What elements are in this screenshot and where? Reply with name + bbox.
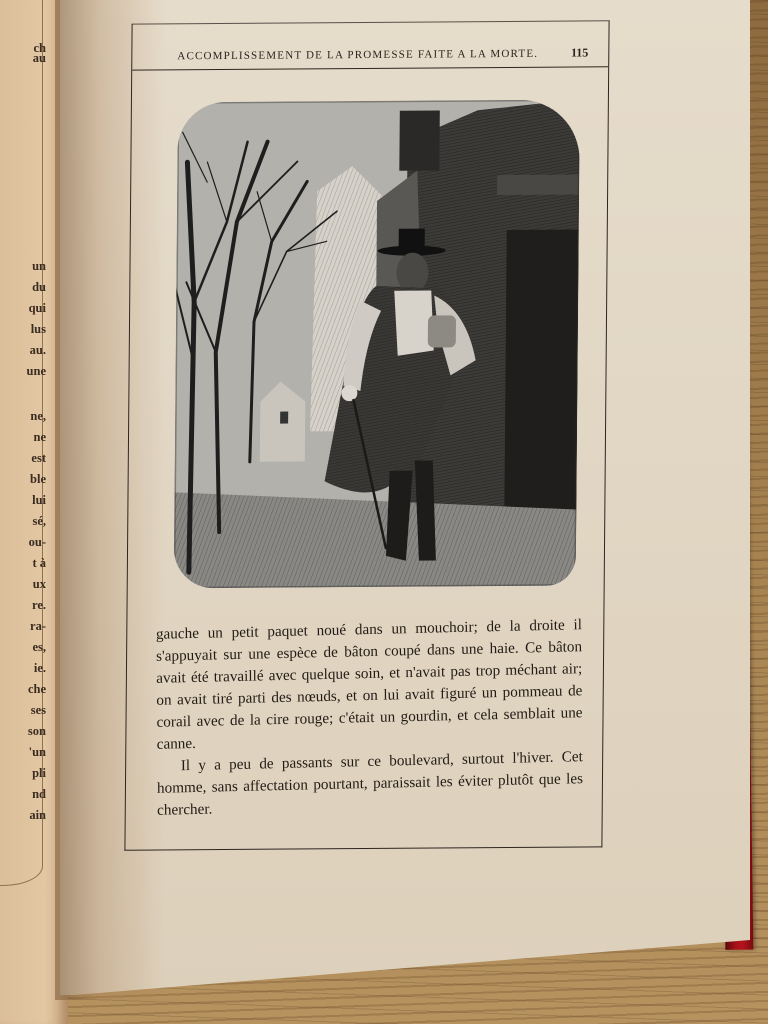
left-page-line-fragment: ses bbox=[8, 704, 46, 717]
left-page: chauunduquilusau.unene,neestbleluisé,ou-… bbox=[0, 0, 68, 1024]
left-page-line-fragment: sé, bbox=[8, 515, 46, 528]
left-page-line-fragment: du bbox=[8, 281, 46, 294]
left-page-line-fragment: es, bbox=[8, 641, 46, 654]
left-page-line-fragment: qui bbox=[8, 302, 46, 315]
left-page-line-fragment: au bbox=[8, 52, 46, 65]
left-page-line-fragment: re. bbox=[8, 599, 46, 612]
left-page-line-fragment: une bbox=[8, 365, 46, 378]
left-page-line-fragment: ne, bbox=[8, 410, 46, 423]
left-page-line-fragment: nd bbox=[8, 788, 46, 801]
page-frame: Accomplissement de la promesse faite a l… bbox=[124, 20, 609, 850]
left-page-line-fragment: ain bbox=[8, 809, 46, 822]
engraving-art bbox=[174, 100, 580, 589]
paragraph: Il y a peu de passants sur ce boulevard,… bbox=[157, 746, 583, 822]
page-number: 115 bbox=[571, 45, 588, 60]
left-page-line-fragment: 'un bbox=[8, 746, 46, 759]
left-page-line-fragment: che bbox=[8, 683, 46, 696]
left-page-line-fragment: t à bbox=[8, 557, 46, 570]
left-page-line-fragment: lus bbox=[8, 323, 46, 336]
chapter-title: Accomplissement de la promesse faite a l… bbox=[177, 48, 538, 63]
left-page-line-fragment: est bbox=[8, 452, 46, 465]
left-page-line-fragment: ux bbox=[8, 578, 46, 591]
body-text: gauche un petit paquet noué dans un mouc… bbox=[156, 614, 583, 822]
left-page-line-fragment: ble bbox=[8, 473, 46, 486]
left-page-line-fragment: lui bbox=[8, 494, 46, 507]
left-page-line-fragment: ne bbox=[8, 431, 46, 444]
left-page-line-fragment: ou- bbox=[8, 536, 46, 549]
running-head: Accomplissement de la promesse faite a l… bbox=[177, 45, 588, 63]
left-page-line-fragment: pli bbox=[8, 767, 46, 780]
left-page-line-fragment: un bbox=[8, 260, 46, 273]
header-rule bbox=[132, 66, 608, 70]
illustration-engraving bbox=[174, 100, 580, 589]
left-page-line-fragment: ie. bbox=[8, 662, 46, 675]
paragraph: gauche un petit paquet noué dans un mouc… bbox=[156, 614, 583, 756]
left-page-line-fragment: ra- bbox=[8, 620, 46, 633]
left-page-line-fragment: au. bbox=[8, 344, 46, 357]
left-page-line-fragment: son bbox=[8, 725, 46, 738]
